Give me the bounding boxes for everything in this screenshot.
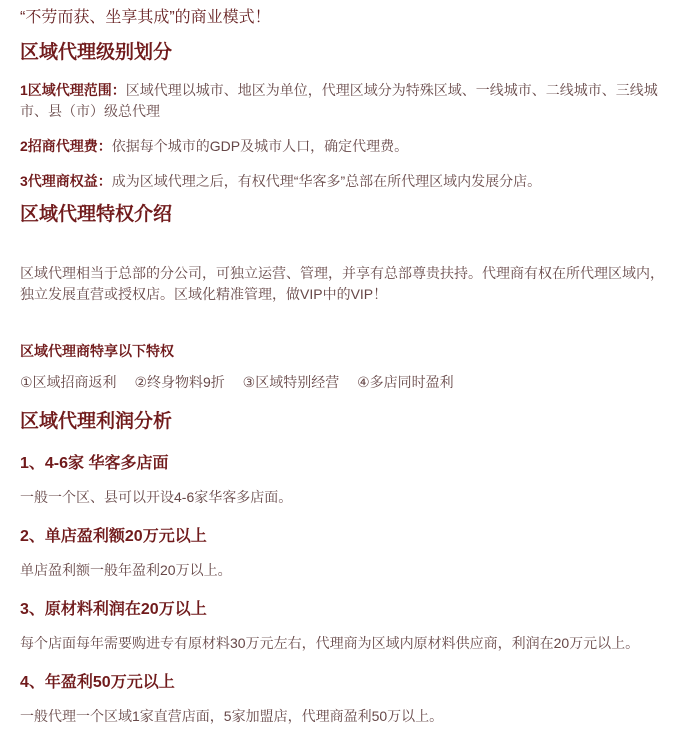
profit-item-1-text: 一般一个区、县可以开设4-6家华客多店面。 — [20, 487, 675, 508]
profit-item-2-heading: 2、单店盈利额20万元以上 — [20, 526, 675, 547]
profit-item-3-text: 每个店面每年需要购进专有原材料30万元左右，代理商为区域内原材料供应商，利润在2… — [20, 633, 675, 654]
profit-item-4-text: 一般代理一个区域1家直营店面，5家加盟店，代理商盈利50万以上。 — [20, 706, 675, 727]
privilege-subheading: 区域代理商特享以下特权 — [20, 341, 675, 362]
level-item-3-text: 成为区域代理之后，有权代理“华客多”总部在所代理区域内发展分店。 — [112, 173, 541, 189]
level-item-2-label: 2招商代理费： — [20, 138, 112, 154]
intro-line: “不劳而获、坐享其成”的商业模式！ — [20, 6, 675, 30]
level-item-2-text: 依据每个城市的GDP及城市人口，确定代理费。 — [112, 138, 408, 154]
level-item-1: 1区域代理范围：区域代理以城市、地区为单位，代理区域分为特殊区域、一线城市、二线… — [20, 80, 675, 122]
section-title-profit: 区域代理利润分析 — [20, 409, 675, 435]
profit-item-3-heading: 3、原材料利润在20万以上 — [20, 599, 675, 620]
profit-item-1-heading: 1、4-6家 华客多店面 — [20, 453, 675, 474]
level-item-2: 2招商代理费：依据每个城市的GDP及城市人口，确定代理费。 — [20, 136, 675, 157]
article-page: “不劳而获、坐享其成”的商业模式！ 区域代理级别划分 1区域代理范围：区域代理以… — [0, 0, 692, 740]
profit-item-4-heading: 4、年盈利50万元以上 — [20, 672, 675, 693]
level-item-1-label: 1区域代理范围： — [20, 82, 126, 98]
privilege-paragraph: 区域代理相当于总部的分公司，可独立运营、管理，并享有总部尊贵扶持。代理商有权在所… — [20, 263, 675, 305]
level-item-3-label: 3代理商权益： — [20, 173, 112, 189]
privilege-perks-line: ①区域招商返利 ②终身物料9折 ③区域特别经营 ④多店同时盈利 — [20, 372, 675, 393]
profit-item-2-text: 单店盈利额一般年盈利20万以上。 — [20, 560, 675, 581]
level-item-3: 3代理商权益：成为区域代理之后，有权代理“华客多”总部在所代理区域内发展分店。 — [20, 171, 675, 192]
section-title-privilege: 区域代理特权介绍 — [20, 202, 675, 228]
section-title-level: 区域代理级别划分 — [20, 40, 675, 66]
